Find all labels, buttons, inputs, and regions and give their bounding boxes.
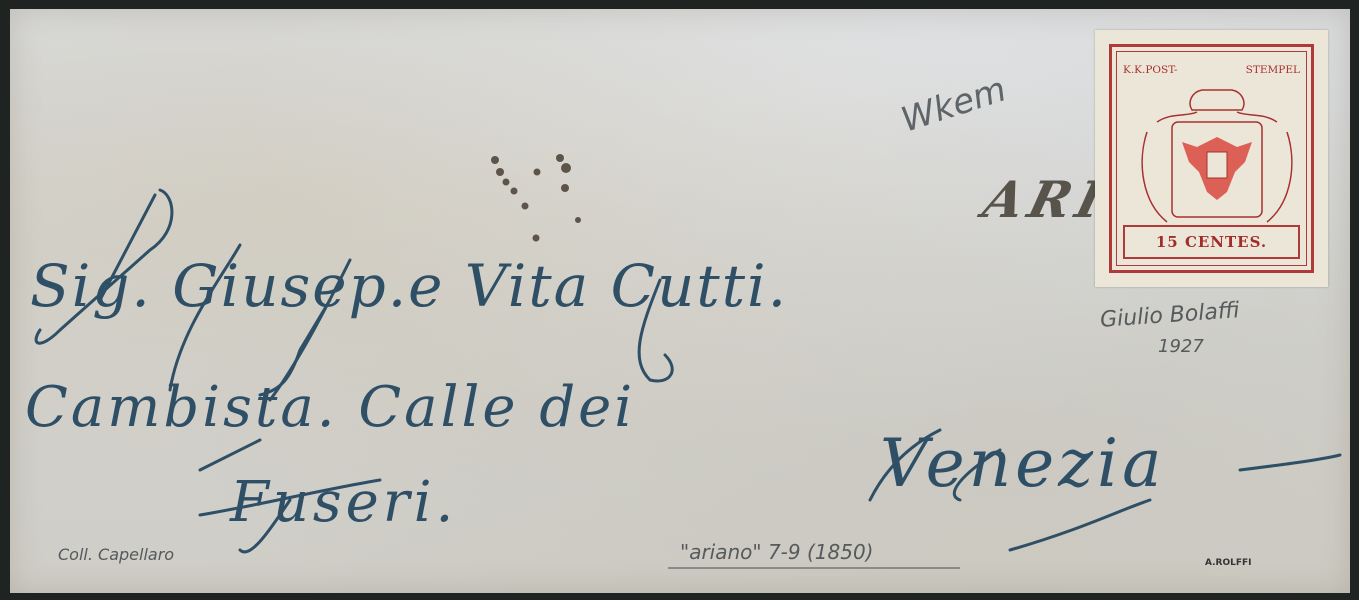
- collection-note: Coll. Capellaro: [58, 545, 174, 564]
- stamp-header-right: STEMPEL: [1246, 64, 1300, 76]
- corner-mark: A.ROLFFI: [1205, 558, 1252, 568]
- double-eagle-icon: [1127, 82, 1307, 232]
- address-city: Venezia: [880, 425, 1165, 502]
- address-line-street: Cambista. Calle dei: [25, 375, 635, 440]
- stamp-frame: K.K.POST- STEMPEL 15 CENTES.: [1109, 44, 1314, 273]
- postage-stamp: K.K.POST- STEMPEL 15 CENTES.: [1095, 30, 1328, 287]
- address-line-recipient: Sig. Giusep.e Vita Cutti.: [30, 252, 788, 320]
- address-line-district: Fuseri.: [230, 470, 457, 535]
- stamp-header-left: K.K.POST-: [1123, 64, 1177, 76]
- expert-year: 1927: [1158, 336, 1204, 357]
- stamp-value: 15 CENTES.: [1123, 225, 1300, 259]
- cancel-note: "ariano" 7-9 (1850): [680, 540, 874, 564]
- stamp-header: K.K.POST- STEMPEL: [1123, 64, 1300, 76]
